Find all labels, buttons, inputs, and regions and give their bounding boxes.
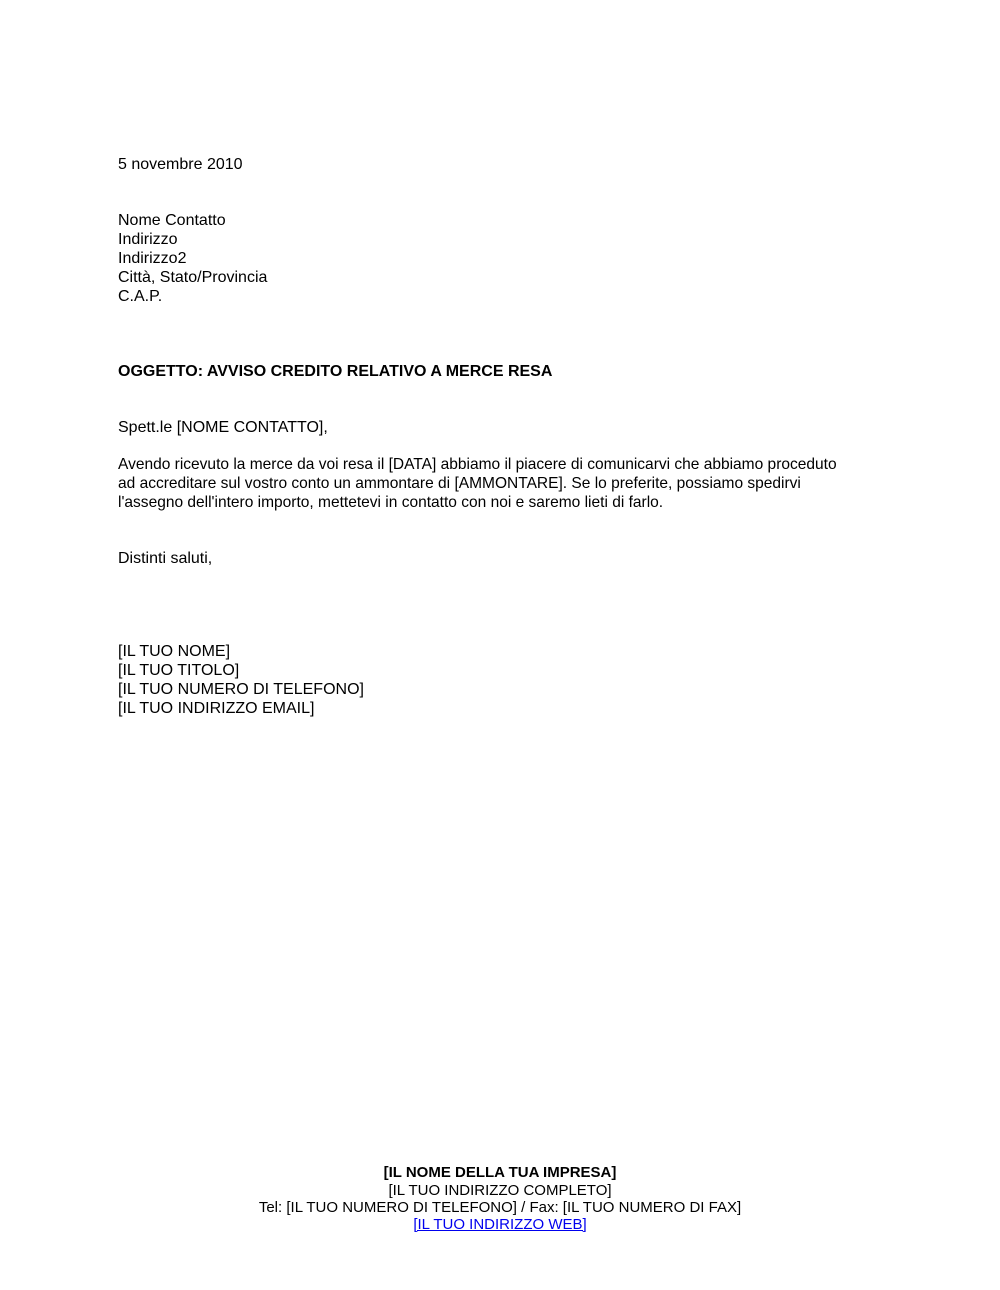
body-line: l'assegno dell'intero importo, mettetevi… [118, 493, 875, 512]
recipient-zip: C.A.P. [118, 287, 162, 306]
footer-website-row: [IL TUO INDIRIZZO WEB] [0, 1216, 1000, 1234]
letter-salutation: Spett.le [NOME CONTATTO], [118, 418, 328, 437]
signature-title: [IL TUO TITOLO] [118, 661, 239, 680]
recipient-city-state: Città, Stato/Provincia [118, 268, 267, 287]
body-line: ad accreditare sul vostro conto un ammon… [118, 474, 875, 493]
letter-body: Avendo ricevuto la merce da voi resa il … [118, 455, 875, 512]
recipient-address2: Indirizzo2 [118, 249, 186, 268]
signature-name: [IL TUO NOME] [118, 642, 230, 661]
footer-company: [IL NOME DELLA TUA IMPRESA] [0, 1164, 1000, 1182]
footer-address: [IL TUO INDIRIZZO COMPLETO] [0, 1182, 1000, 1200]
recipient-address1: Indirizzo [118, 230, 178, 249]
letter-closing: Distinti saluti, [118, 549, 212, 568]
footer-website-link[interactable]: [IL TUO INDIRIZZO WEB] [413, 1216, 586, 1233]
body-line: Avendo ricevuto la merce da voi resa il … [118, 455, 875, 474]
signature-email: [IL TUO INDIRIZZO EMAIL] [118, 699, 314, 718]
letter-date: 5 novembre 2010 [118, 155, 243, 174]
signature-phone: [IL TUO NUMERO DI TELEFONO] [118, 680, 364, 699]
footer-contacts: Tel: [IL TUO NUMERO DI TELEFONO] / Fax: … [0, 1199, 1000, 1217]
letter-subject: OGGETTO: AVVISO CREDITO RELATIVO A MERCE… [118, 362, 552, 381]
recipient-name: Nome Contatto [118, 211, 226, 230]
